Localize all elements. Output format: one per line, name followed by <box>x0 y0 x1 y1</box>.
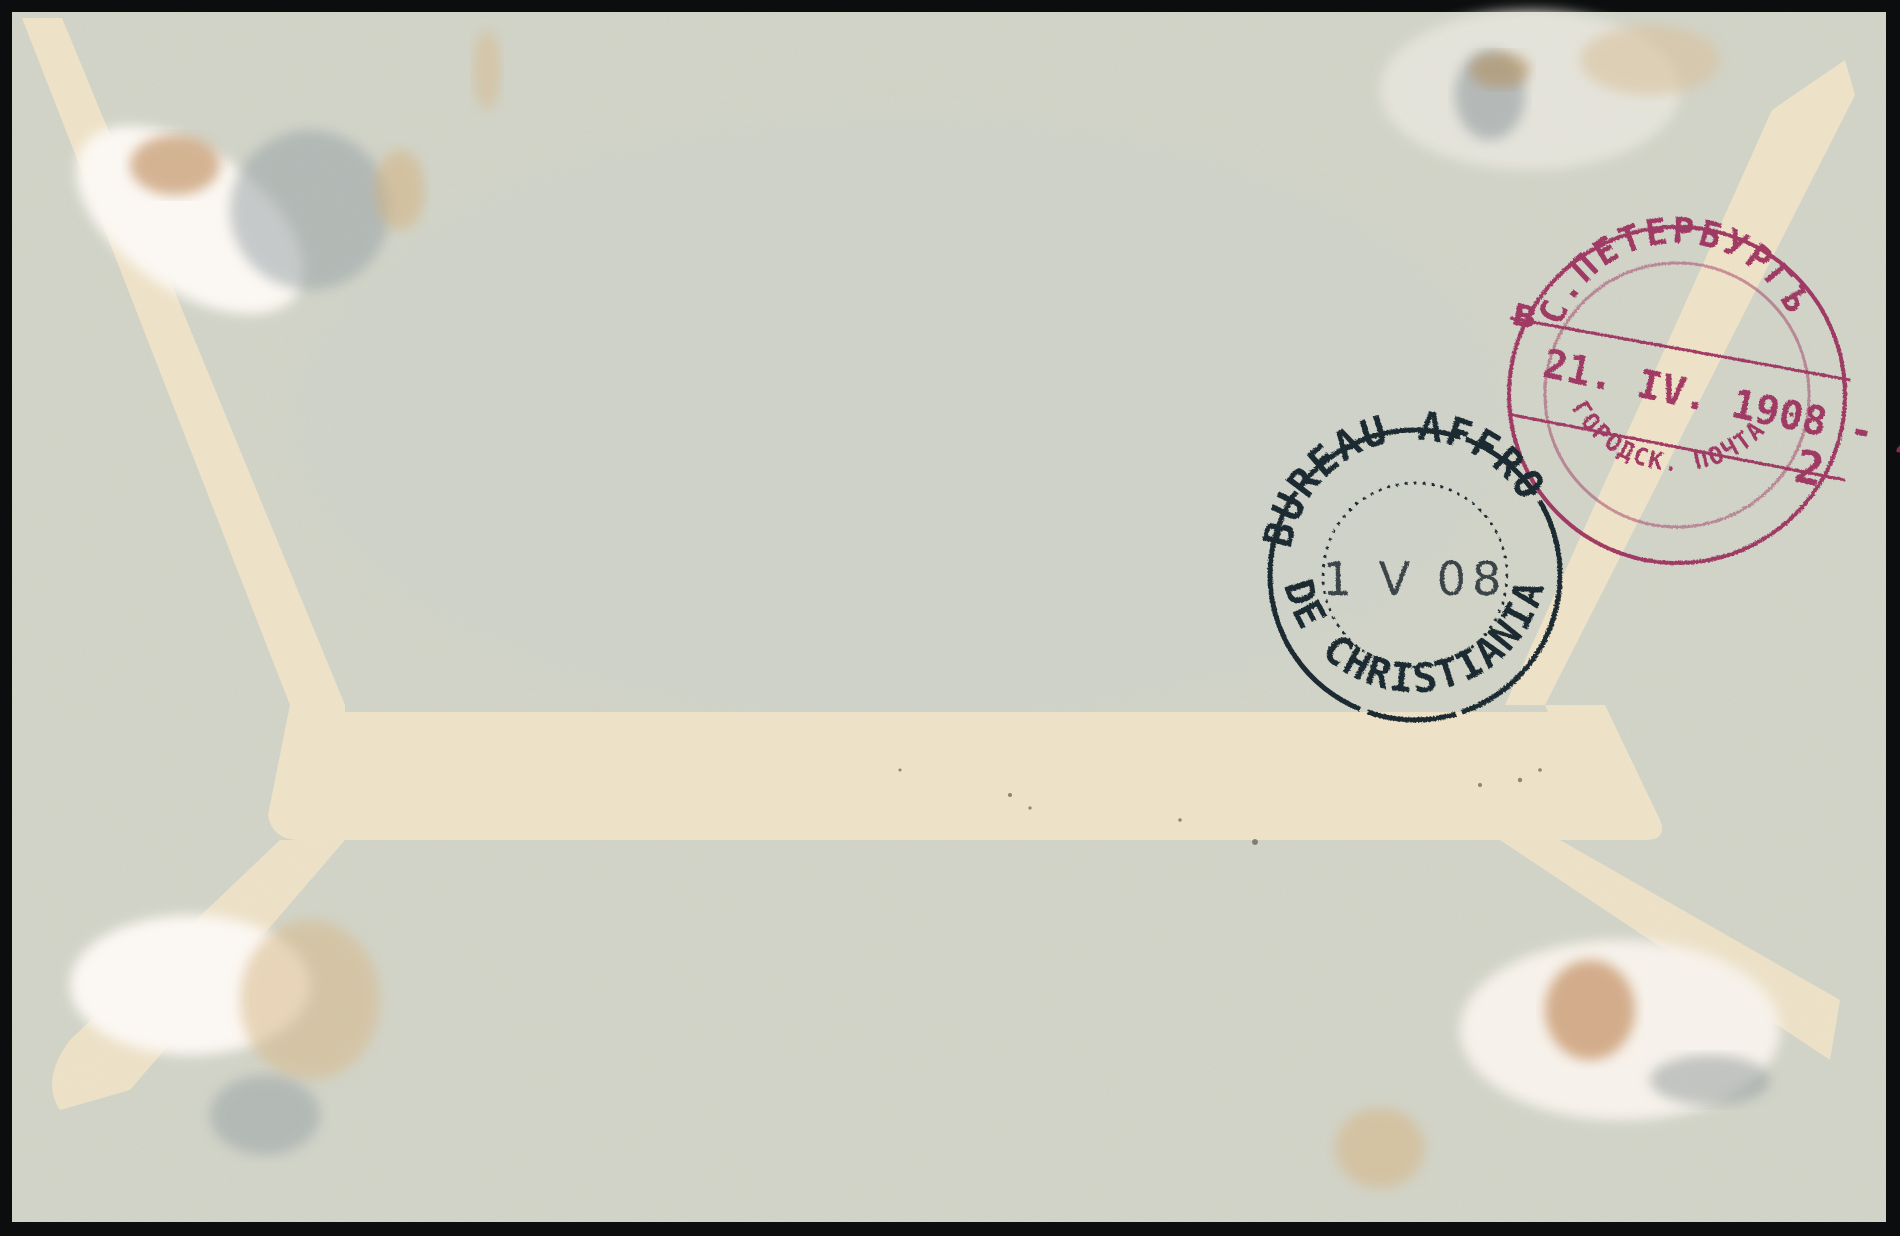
envelope-back-photo: С.ПЕТЕРБУРГЪ ГОРОДСК. ПОЧТА 21. IV. 1908… <box>0 0 1900 1236</box>
black-postmark-date: 1 V 08 <box>1323 552 1508 606</box>
